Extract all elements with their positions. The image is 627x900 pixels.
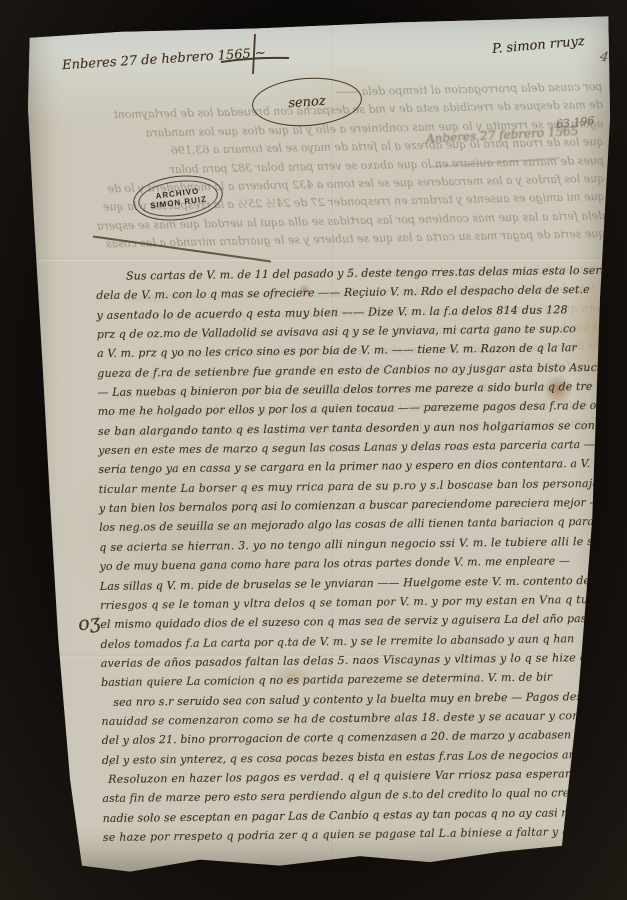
manuscript-photograph: por causa dela prorrogacion al tiempo de…: [0, 0, 627, 900]
cross-mark-icon: [215, 28, 295, 76]
corner-mark: 4: [599, 49, 610, 65]
archive-stamp-inner-ring: ARCHIVO SIMON RUIZ: [136, 176, 220, 220]
horizontal-fold-crease: [22, 258, 616, 261]
text-line: que mi amigo es ausente y tardara en rre…: [39, 190, 605, 220]
recipient-note: P. simon rruyz: [492, 34, 586, 57]
text-line: que seria de pagar mas su carta a las qu…: [39, 227, 605, 257]
pencil-underline: [430, 157, 560, 167]
text-line: que los fardos y a los mercaderes que se…: [38, 172, 604, 202]
addressee-cartouche: senoz: [250, 74, 363, 130]
text-line: pues de maras mas auisare en lo que abax…: [38, 154, 604, 184]
addressee-label: senoz: [288, 93, 326, 111]
folio-number-annotation: 63,196: [555, 114, 595, 131]
letter-sheet: por causa dela prorrogacion al tiempo de…: [22, 12, 616, 876]
archive-stamp: ARCHIVO SIMON RUIZ: [131, 171, 226, 226]
letter-body-text: Sus cartas de V. m. de 11 del pasado y 5…: [96, 264, 619, 851]
text-line: dela feria a las que mas conbiene por la…: [39, 209, 605, 239]
margin-paragraph-mark: oʒ: [77, 611, 102, 636]
